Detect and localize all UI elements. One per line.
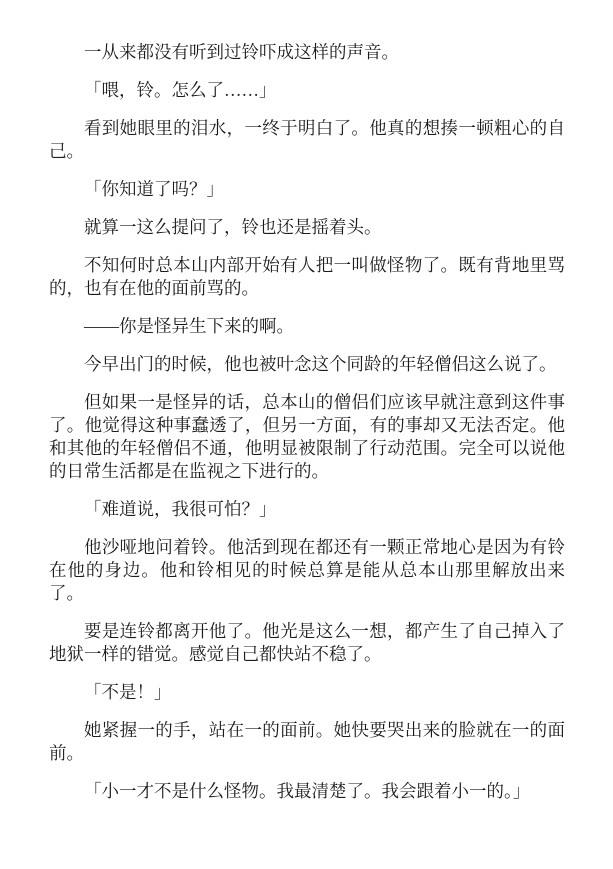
paragraph: 就算一这么提问了，铃也还是摇着头。 [49, 216, 565, 239]
paragraph: 今早出门的时候，他也被叶念这个同龄的年轻僧侣这么说了。 [49, 353, 565, 376]
paragraph: 「不是！」 [49, 681, 565, 704]
paragraph: 不知何时总本山内部开始有人把一叫做怪物了。既有背地里骂的，也有在他的面前骂的。 [49, 254, 565, 300]
paragraph: 一从来都没有听到过铃吓成这样的声音。 [49, 41, 565, 64]
paragraph: 「难道说，我很可怕？」 [49, 498, 565, 521]
paragraph: 「你知道了吗？」 [49, 178, 565, 201]
novel-page: 一从来都没有听到过铃吓成这样的声音。「喂，铃。怎么了……」看到她眼里的泪水，一终… [0, 0, 613, 869]
paragraph: ——你是怪异生下来的啊。 [49, 315, 565, 338]
paragraph: 要是连铃都离开他了。他光是这么一想，都产生了自己掉入了地狱一样的错觉。感觉自己都… [49, 620, 565, 666]
paragraph: 他沙哑地问着铃。他活到现在都还有一颗正常地心是因为有铃在他的身边。他和铃相见的时… [49, 536, 565, 605]
paragraph: 「喂，铃。怎么了……」 [49, 79, 565, 102]
paragraph: 但如果一是怪异的话，总本山的僧侣们应该早就注意到这件事了。他觉得这种事蠢透了，但… [49, 391, 565, 483]
paragraph: 看到她眼里的泪水，一终于明白了。他真的想揍一顿粗心的自己。 [49, 117, 565, 163]
paragraph: 「小一才不是什么怪物。我最清楚了。我会跟着小一的。」 [49, 780, 565, 803]
paragraph: 她紧握一的手，站在一的面前。她快要哭出来的脸就在一的面前。 [49, 719, 565, 765]
text-body: 一从来都没有听到过铃吓成这样的声音。「喂，铃。怎么了……」看到她眼里的泪水，一终… [49, 41, 565, 803]
